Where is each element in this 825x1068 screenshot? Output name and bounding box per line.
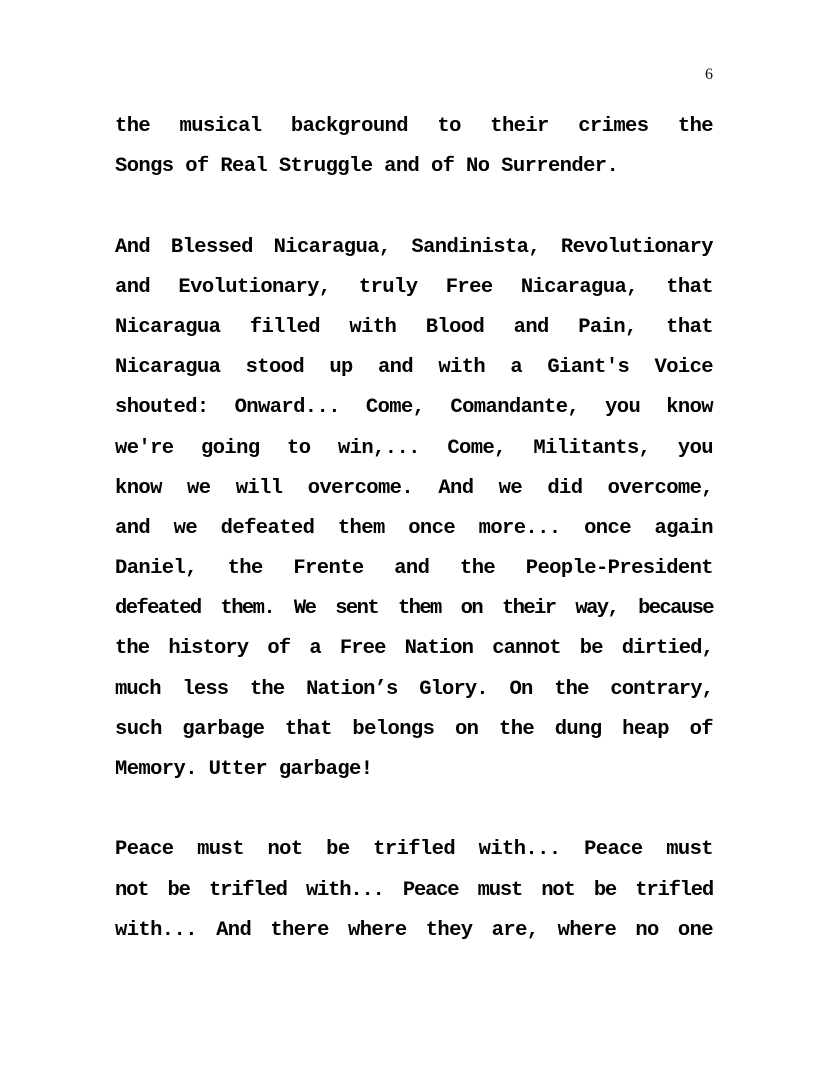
text-line: Peace must not be trifled with... Peace …	[115, 830, 713, 870]
body-text: the musical background to their crimes t…	[115, 107, 713, 951]
text-line: the musical background to their crimes t…	[115, 107, 713, 147]
paragraph-gap	[115, 790, 713, 830]
text-line: the history of a Free Nation cannot be d…	[115, 629, 713, 669]
text-line: much less the Nation’s Glory. On the con…	[115, 670, 713, 710]
text-line: defeated them. We sent them on their way…	[115, 589, 713, 629]
text-line: Daniel, the Frente and the People-Presid…	[115, 549, 713, 589]
text-line: and we defeated them once more... once a…	[115, 509, 713, 549]
text-line: Nicaragua stood up and with a Giant's Vo…	[115, 348, 713, 388]
text-line: with... And there where they are, where …	[115, 911, 713, 951]
text-line: And Blessed Nicaragua, Sandinista, Revol…	[115, 228, 713, 268]
text-line: Nicaragua filled with Blood and Pain, th…	[115, 308, 713, 348]
text-line: and Evolutionary, truly Free Nicaragua, …	[115, 268, 713, 308]
paragraph-1: the musical background to their crimes t…	[115, 107, 713, 187]
paragraph-3: Peace must not be trifled with... Peace …	[115, 830, 713, 951]
paragraph-gap	[115, 187, 713, 227]
document-page: 6 the musical background to their crimes…	[0, 0, 825, 1068]
paragraph-2: And Blessed Nicaragua, Sandinista, Revol…	[115, 228, 713, 791]
text-line: not be trifled with... Peace must not be…	[115, 871, 713, 911]
text-line: Songs of Real Struggle and of No Surrend…	[115, 147, 713, 187]
text-line: shouted: Onward... Come, Comandante, you…	[115, 388, 713, 428]
text-line: Memory. Utter garbage!	[115, 750, 713, 790]
text-line: we're going to win,... Come, Militants, …	[115, 429, 713, 469]
page-number: 6	[705, 66, 713, 84]
text-line: know we will overcome. And we did overco…	[115, 469, 713, 509]
text-line: such garbage that belongs on the dung he…	[115, 710, 713, 750]
